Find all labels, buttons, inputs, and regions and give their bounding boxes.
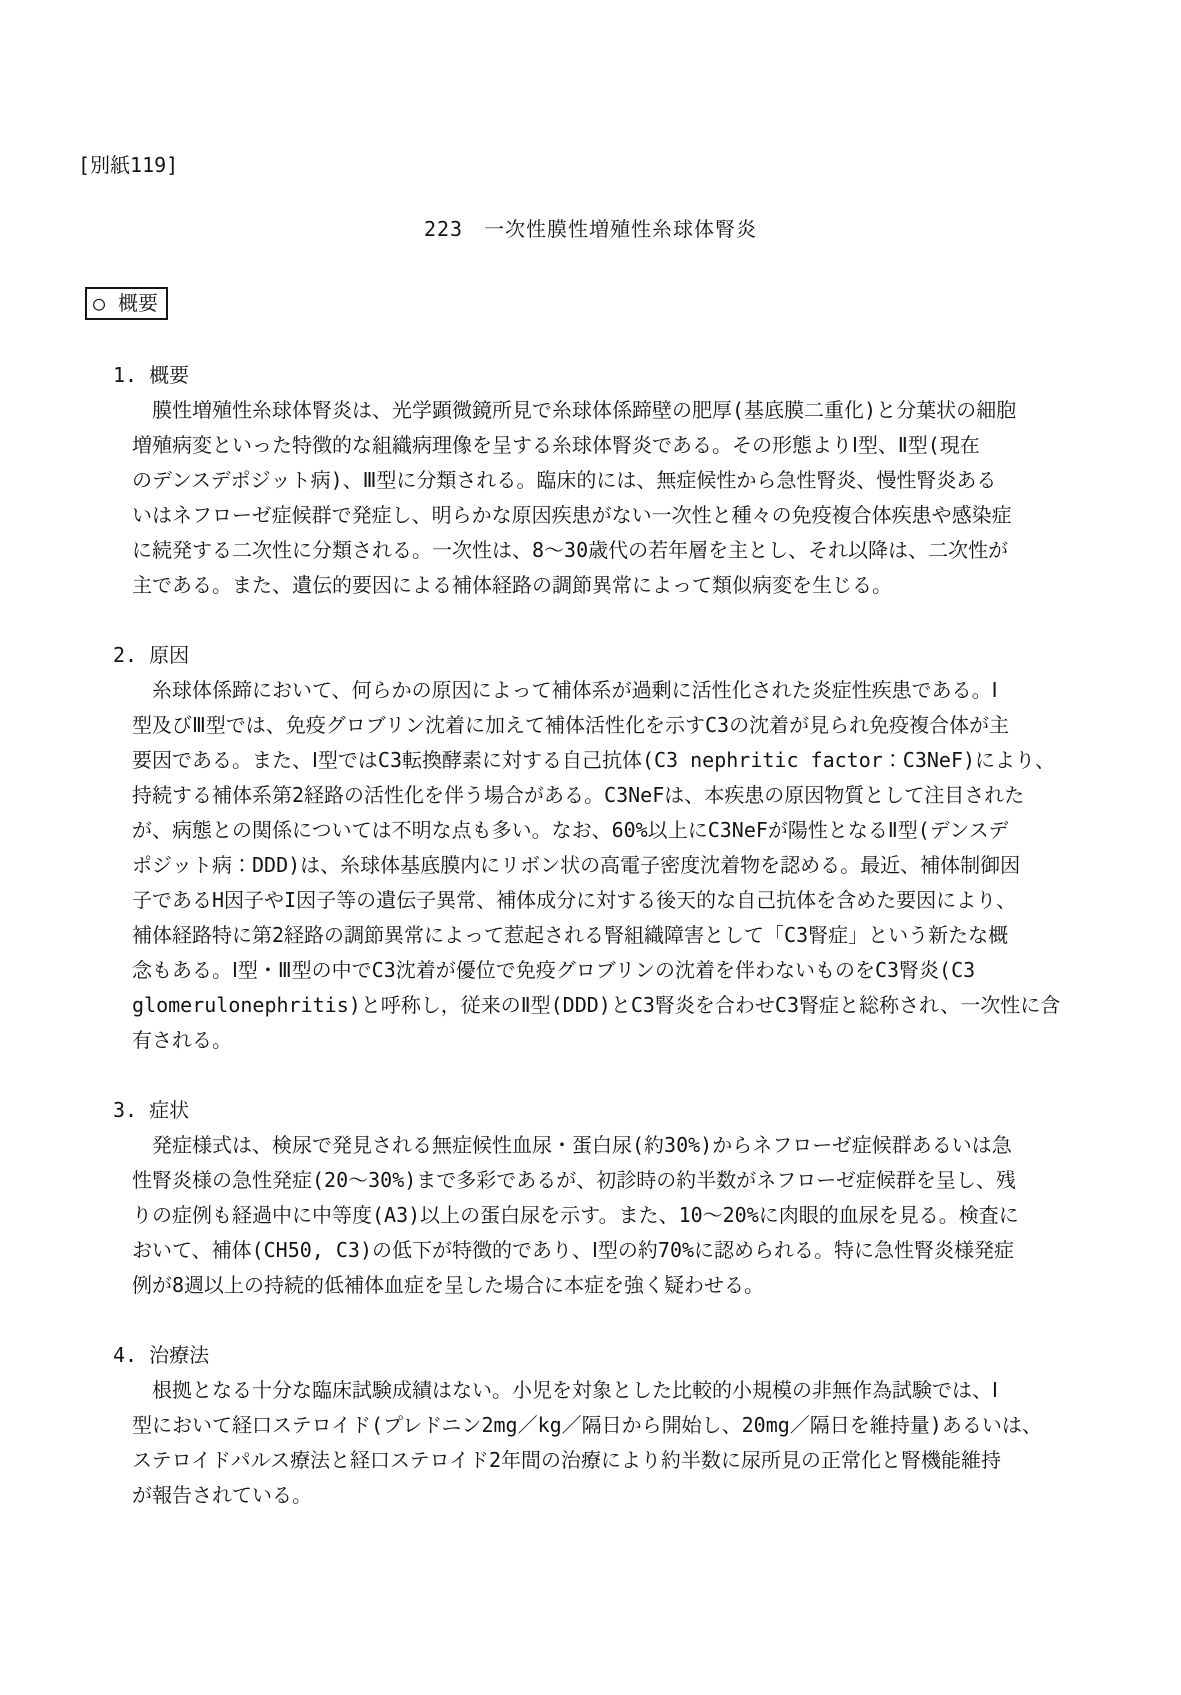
text-line: ステロイドパルス療法と経口ステロイド2年間の治療により約半数に尿所見の正常化と腎… [132,1443,1121,1478]
section-paragraph: 糸球体係蹄において、何らかの原因によって補体系が過剰に活性化された炎症性疾患であ… [132,673,1121,1058]
text-line: 根拠となる十分な臨床試験成績はない。小児を対象とした比較的小規模の非無作為試験で… [132,1373,1121,1408]
section-cause: 2. 原因 糸球体係蹄において、何らかの原因によって補体系が過剰に活性化された炎… [0,638,1181,1058]
overview-box-label: 概要 [118,289,158,318]
text-line: 例が8週以上の持続的低補体血症を呈した場合に本症を強く疑わせる。 [132,1268,1121,1303]
text-line: 糸球体係蹄において、何らかの原因によって補体系が過剰に活性化された炎症性疾患であ… [132,673,1121,708]
text-line: 性腎炎様の急性発症(20〜30%)まで多彩であるが、初診時の約半数がネフローゼ症… [132,1163,1121,1198]
text-line: 要因である。また、Ⅰ型ではC3転換酵素に対する自己抗体(C3 nephritic… [132,743,1121,778]
text-line: 主である。また、遺伝的要因による補体経路の調節異常によって類似病変を生じる。 [132,568,1121,603]
text-line: 子であるH因子やI因子等の遺伝子異常、補体成分に対する後天的な自己抗体を含めた要… [132,883,1121,918]
section-treatment: 4. 治療法 根拠となる十分な臨床試験成績はない。小児を対象とした比較的小規模の… [0,1338,1181,1513]
attachment-label: [別紙119] [78,148,178,183]
text-line: おいて、補体(CH50, C3)の低下が特徴的であり、Ⅰ型の約70%に認められる… [132,1233,1121,1268]
text-line: のデンスデポジット病)、Ⅲ型に分類される。臨床的には、無症候性から急性腎炎、慢性… [132,463,1121,498]
text-line: 補体経路特に第2経路の調節異常によって惹起される腎組織障害として「C3腎症」とい… [132,918,1121,953]
document-body: 1. 概要 膜性増殖性糸球体腎炎は、光学顕微鏡所見で糸球体係蹄壁の肥厚(基底膜二… [0,358,1181,1548]
section-heading: 4. 治療法 [113,1338,1181,1373]
text-line: ポジット病：DDD)は、糸球体基底膜内にリボン状の高電子密度沈着物を認める。最近… [132,848,1121,883]
text-line: 有される。 [132,1023,1121,1058]
text-line: glomerulonephritis)と呼称し，従来のⅡ型(DDD)とC3腎炎を… [132,988,1121,1023]
text-line: 持続する補体系第2経路の活性化を伴う場合がある。C3NeFは、本疾患の原因物質と… [132,778,1121,813]
section-heading: 3. 症状 [113,1093,1181,1128]
text-line: りの症例も経過中に中等度(A3)以上の蛋白尿を示す。また、10〜20%に肉眼的血… [132,1198,1121,1233]
section-heading: 1. 概要 [113,358,1181,393]
section-paragraph: 膜性増殖性糸球体腎炎は、光学顕微鏡所見で糸球体係蹄壁の肥厚(基底膜二重化)と分葉… [132,393,1121,603]
section-heading: 2. 原因 [113,638,1181,673]
section-paragraph: 根拠となる十分な臨床試験成績はない。小児を対象とした比較的小規模の非無作為試験で… [132,1373,1121,1513]
page-title: 223 一次性膜性増殖性糸球体腎炎 [0,212,1181,247]
section-overview: 1. 概要 膜性増殖性糸球体腎炎は、光学顕微鏡所見で糸球体係蹄壁の肥厚(基底膜二… [0,358,1181,603]
text-line: 発症様式は、検尿で発見される無症候性血尿・蛋白尿(約30%)からネフローゼ症候群… [132,1128,1121,1163]
text-line: が報告されている。 [132,1478,1121,1513]
document-page: [別紙119] 223 一次性膜性増殖性糸球体腎炎 ○ 概要 1. 概要 膜性増… [0,0,1181,1695]
text-line: 型及びⅢ型では、免疫グロブリン沈着に加えて補体活性化を示すC3の沈着が見られ免疫… [132,708,1121,743]
text-line: 念もある。Ⅰ型・Ⅲ型の中でC3沈着が優位で免疫グロブリンの沈着を伴わないものをC… [132,953,1121,988]
text-line: 膜性増殖性糸球体腎炎は、光学顕微鏡所見で糸球体係蹄壁の肥厚(基底膜二重化)と分葉… [132,393,1121,428]
section-paragraph: 発症様式は、検尿で発見される無症候性血尿・蛋白尿(約30%)からネフローゼ症候群… [132,1128,1121,1303]
text-line: が、病態との関係については不明な点も多い。なお、60%以上にC3NeFが陽性とな… [132,813,1121,848]
circle-marker-icon: ○ [93,289,105,318]
text-line: いはネフローゼ症候群で発症し、明らかな原因疾患がない一次性と種々の免疫複合体疾患… [132,498,1121,533]
text-line: 増殖病変といった特徴的な組織病理像を呈する糸球体腎炎である。その形態よりⅠ型、Ⅱ… [132,428,1121,463]
text-line: 型において経口ステロイド(プレドニン2mg／kg／隔日から開始し、20mg／隔日… [132,1408,1121,1443]
text-line: に続発する二次性に分類される。一次性は、8〜30歳代の若年層を主とし、それ以降は… [132,533,1121,568]
overview-box: ○ 概要 [85,287,168,320]
section-symptoms: 3. 症状 発症様式は、検尿で発見される無症候性血尿・蛋白尿(約30%)からネフ… [0,1093,1181,1303]
